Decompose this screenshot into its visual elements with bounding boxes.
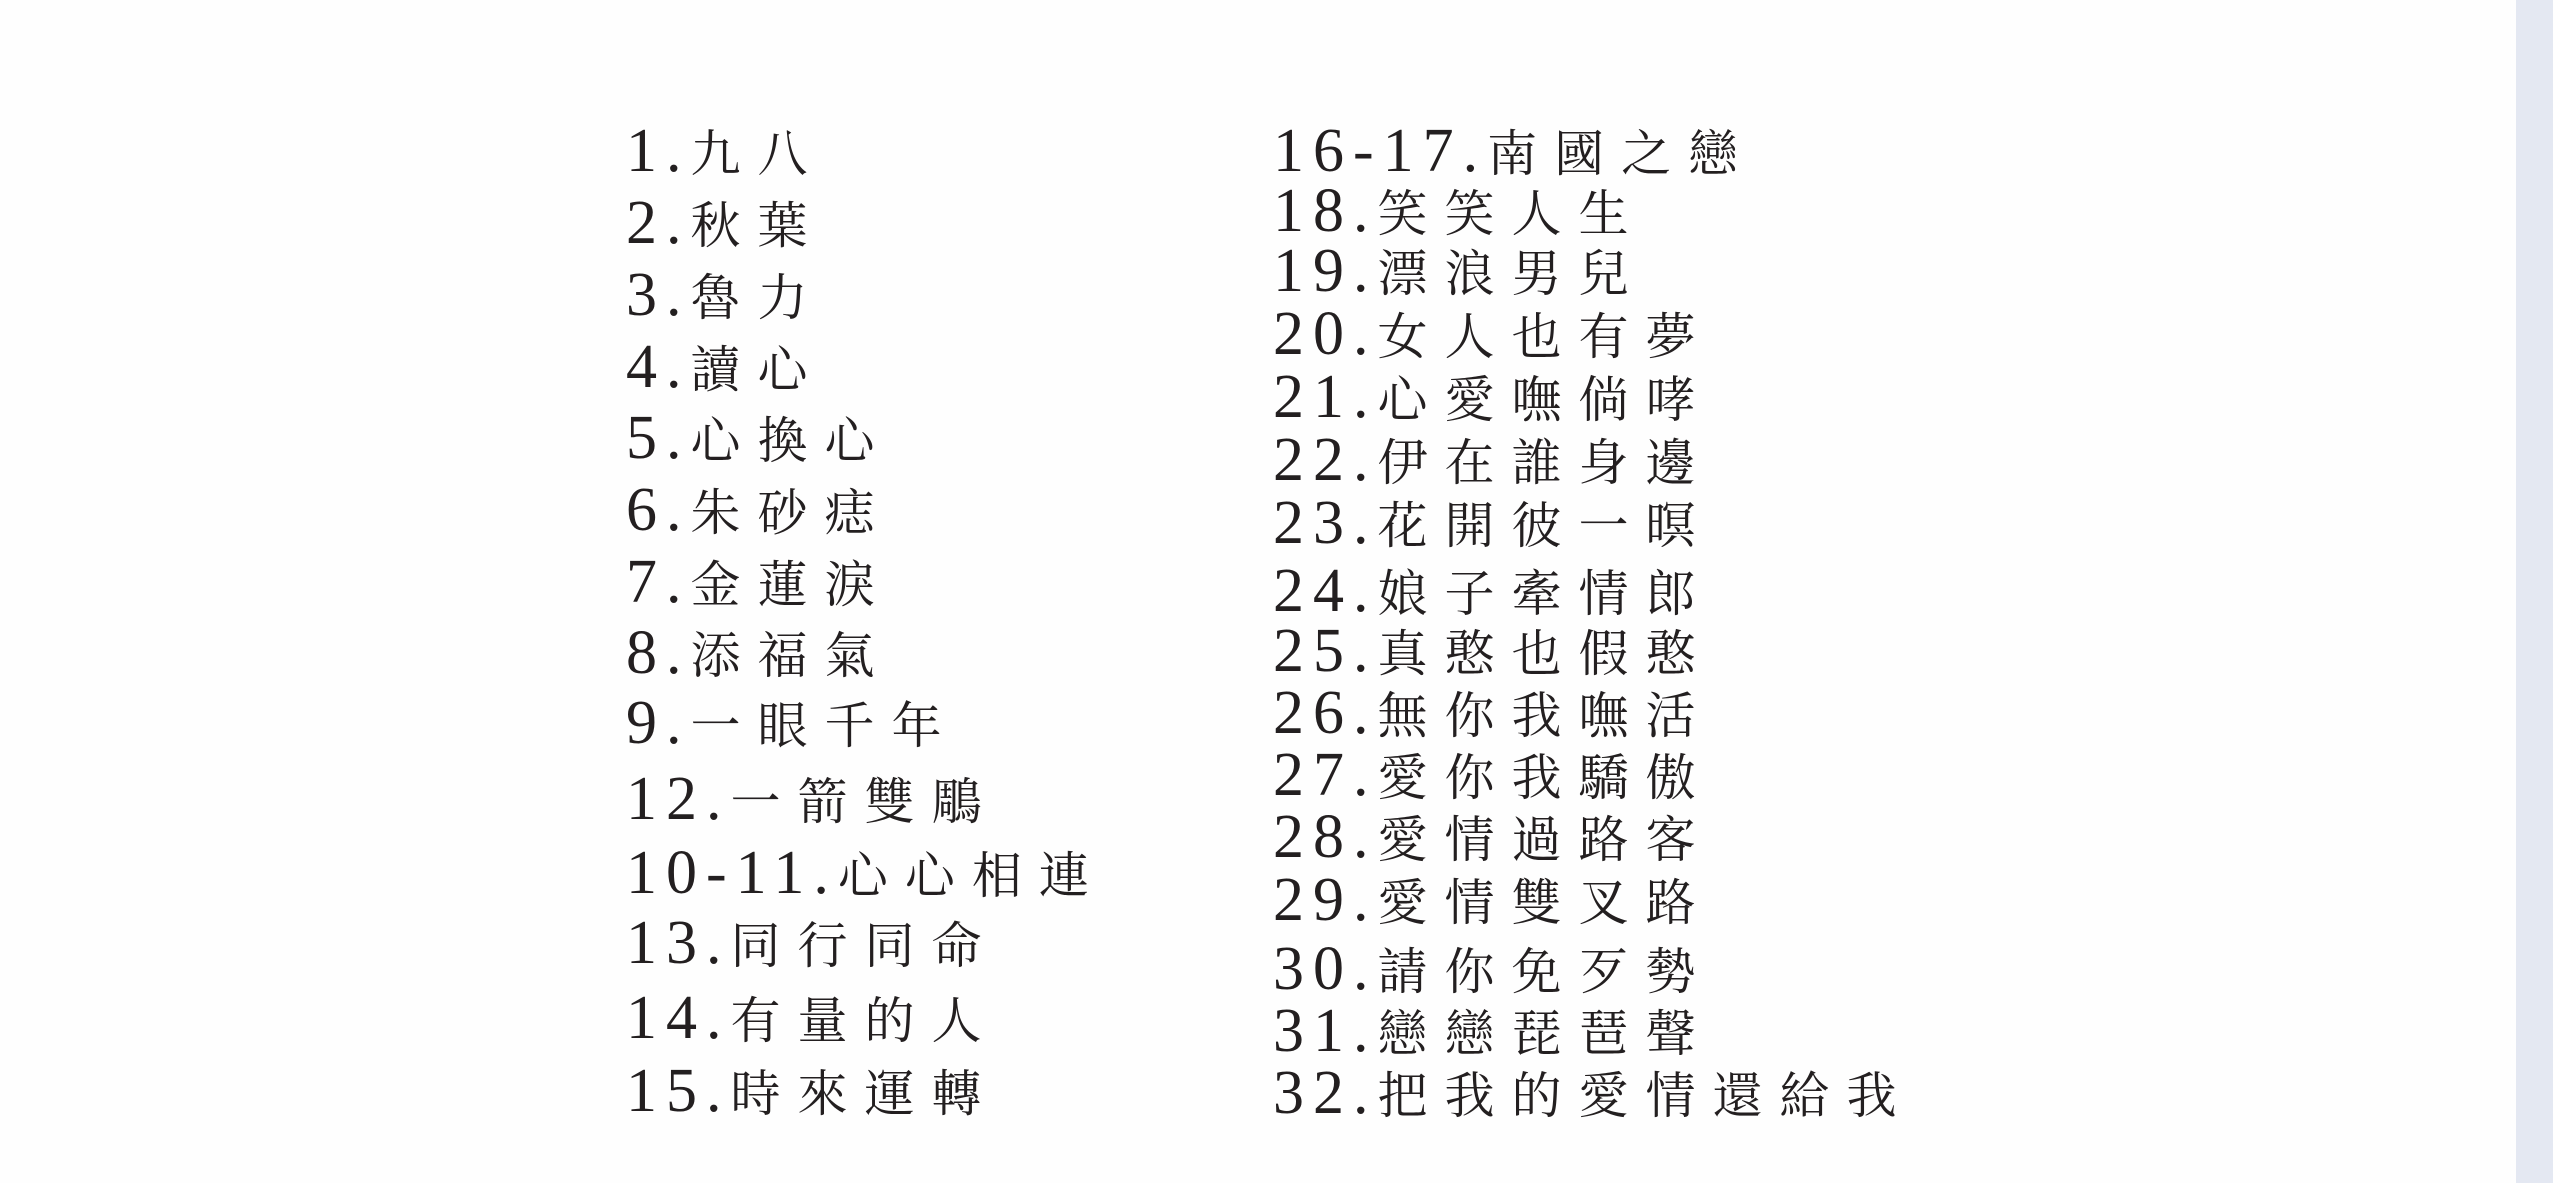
track-title: 無你我嘸活 [1378, 683, 1713, 749]
track-number: 7. [626, 549, 691, 615]
list-item: 8.添福氣 [626, 620, 892, 686]
list-item: 25.真憨也假憨 [1273, 618, 1713, 684]
list-item: 20.女人也有夢 [1273, 301, 1713, 367]
track-title: 有量的人 [731, 988, 999, 1054]
track-title: 心心相連 [838, 843, 1106, 909]
list-item: 19.漂浪男兒 [1273, 238, 1646, 304]
track-number: 19. [1273, 238, 1378, 304]
track-title: 愛情過路客 [1378, 807, 1713, 873]
list-item: 2.秋葉 [626, 190, 825, 256]
track-number: 4. [626, 334, 691, 400]
track-title: 金蓮淚 [691, 552, 892, 618]
list-item: 26.無你我嘸活 [1273, 680, 1713, 746]
track-title: 漂浪男兒 [1378, 241, 1646, 307]
track-number: 13. [626, 910, 731, 976]
track-number: 31. [1273, 998, 1378, 1064]
track-number: 27. [1273, 742, 1378, 808]
list-item: 3.魯力 [626, 262, 825, 328]
list-item: 22.伊在誰身邊 [1273, 427, 1713, 493]
list-item: 27.愛你我驕傲 [1273, 742, 1713, 808]
track-title: 伊在誰身邊 [1378, 430, 1713, 496]
track-number: 23. [1273, 490, 1378, 556]
track-title: 女人也有夢 [1378, 304, 1713, 370]
track-number: 8. [626, 620, 691, 686]
list-item: 9.一眼千年 [626, 690, 959, 756]
track-title: 戀戀琵琶聲 [1378, 1001, 1713, 1067]
track-title: 九八 [691, 121, 825, 187]
track-title: 同行同命 [731, 913, 999, 979]
track-title: 心換心 [691, 408, 892, 474]
track-number: 2. [626, 190, 691, 256]
track-number: 24. [1273, 558, 1378, 624]
list-item: 23.花開彼一暝 [1273, 490, 1713, 556]
track-title: 一眼千年 [691, 693, 959, 759]
track-number: 6. [626, 477, 691, 543]
track-number: 20. [1273, 301, 1378, 367]
window-side-strip [2516, 0, 2553, 1183]
track-title: 真憨也假憨 [1378, 621, 1713, 687]
track-title: 花開彼一暝 [1378, 493, 1713, 559]
list-item: 1.九八 [626, 118, 825, 184]
track-number: 22. [1273, 427, 1378, 493]
list-item: 12.一箭雙鵰 [626, 766, 999, 832]
document-page: 1.九八 2.秋葉 3.魯力 4.讀心 5.心換心 6.朱砂痣 7.金蓮淚 8.… [0, 0, 2516, 1183]
track-title: 把我的愛情還給我 [1378, 1063, 1914, 1129]
list-item: 4.讀心 [626, 334, 825, 400]
track-title: 請你免歹勢 [1378, 939, 1713, 1005]
track-number: 21. [1273, 364, 1378, 430]
track-number: 29. [1273, 867, 1378, 933]
list-item: 29.愛情雙叉路 [1273, 867, 1713, 933]
list-item: 14.有量的人 [626, 985, 999, 1051]
list-item: 10-11.心心相連 [626, 840, 1106, 906]
track-title: 心愛嘸倘哮 [1378, 367, 1713, 433]
track-title: 秋葉 [691, 193, 825, 259]
track-title: 愛你我驕傲 [1378, 745, 1713, 811]
track-title: 愛情雙叉路 [1378, 870, 1713, 936]
track-number: 32. [1273, 1060, 1378, 1126]
list-item: 16-17.南國之戀 [1273, 118, 1755, 184]
track-title: 添福氣 [691, 623, 892, 689]
track-number: 26. [1273, 680, 1378, 746]
list-item: 31.戀戀琵琶聲 [1273, 998, 1713, 1064]
track-number: 5. [626, 405, 691, 471]
list-item: 15.時來運轉 [626, 1058, 999, 1124]
track-title: 一箭雙鵰 [731, 769, 999, 835]
list-item: 13.同行同命 [626, 910, 999, 976]
list-item: 6.朱砂痣 [626, 477, 892, 543]
track-number: 3. [626, 262, 691, 328]
track-number: 25. [1273, 618, 1378, 684]
list-item: 24.娘子牽情郎 [1273, 558, 1713, 624]
track-number: 14. [626, 985, 731, 1051]
track-title: 朱砂痣 [691, 480, 892, 546]
track-title: 讀心 [691, 337, 825, 403]
track-number: 9. [626, 690, 691, 756]
list-item: 21.心愛嘸倘哮 [1273, 364, 1713, 430]
track-title: 魯力 [691, 265, 825, 331]
list-item: 32.把我的愛情還給我 [1273, 1060, 1914, 1126]
track-number: 1. [626, 118, 691, 184]
list-item: 30.請你免歹勢 [1273, 936, 1713, 1002]
track-number: 16-17. [1273, 118, 1487, 184]
track-number: 10-11. [626, 840, 838, 906]
track-number: 15. [626, 1058, 731, 1124]
list-item: 18.笑笑人生 [1273, 178, 1646, 244]
track-number: 18. [1273, 178, 1378, 244]
list-item: 28.愛情過路客 [1273, 804, 1713, 870]
list-item: 5.心換心 [626, 405, 892, 471]
track-title: 時來運轉 [731, 1061, 999, 1127]
list-item: 7.金蓮淚 [626, 549, 892, 615]
track-number: 12. [626, 766, 731, 832]
track-number: 28. [1273, 804, 1378, 870]
track-number: 30. [1273, 936, 1378, 1002]
